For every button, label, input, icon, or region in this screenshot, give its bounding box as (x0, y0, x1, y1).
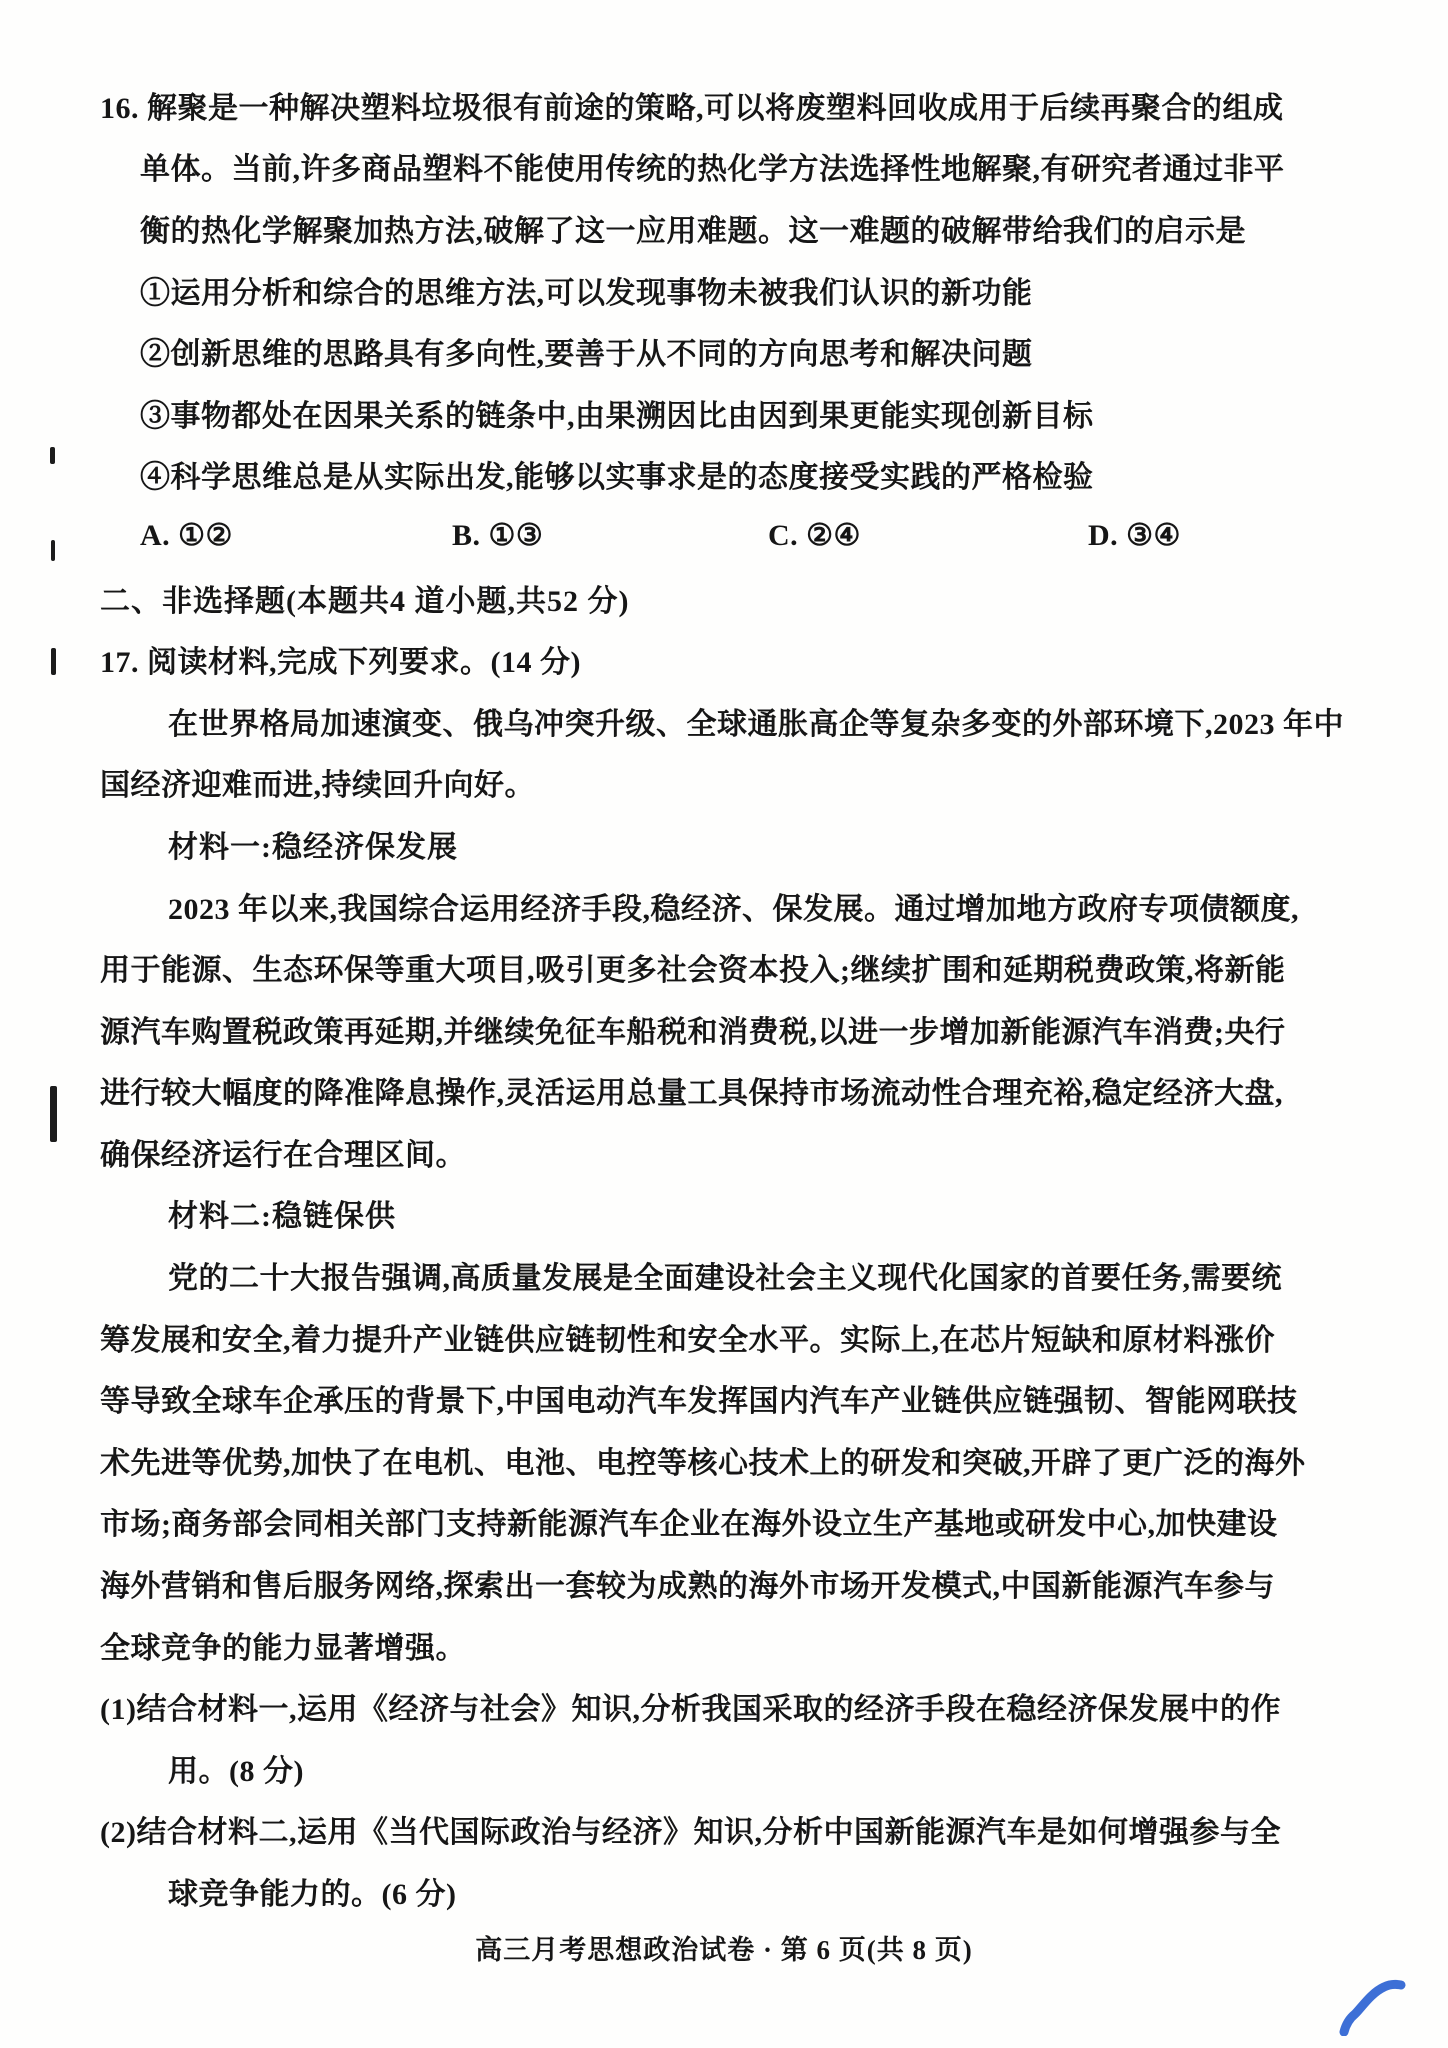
material-2-line-3: 等导致全球车企承压的背景下,中国电动汽车发挥国内汽车产业链供应链强韧、智能网联技 (100, 1367, 1362, 1429)
blue-pen-stroke (1338, 1978, 1408, 2036)
q16-item-4: ④科学思维总是从实际出发,能够以实事求是的态度接受实践的严格检验 (140, 444, 1362, 506)
scan-artifact-mark (51, 648, 56, 675)
q17-intro-line-1: 在世界格局加速演变、俄乌冲突升级、全球通胀高企等复杂多变的外部环境下,2023 … (168, 690, 1362, 752)
option-d: D. ③④ (1088, 505, 1181, 567)
exam-content: 16. 解聚是一种解决塑料垃圾很有前途的策略,可以将废塑料回收成用于后续再聚合的… (100, 74, 1362, 1922)
scan-artifact-mark (50, 447, 55, 464)
q17-sub-question-1-line-1: (1)结合材料一,运用《经济与社会》知识,分析我国采取的经济手段在稳经济保发展中… (100, 1675, 1362, 1737)
q16-stem-line-3: 衡的热化学解聚加热方法,破解了这一应用难题。这一难题的破解带给我们的启示是 (140, 197, 1362, 259)
scan-artifact-mark (51, 540, 55, 561)
q16-item-1: ①运用分析和综合的思维方法,可以发现事物未被我们认识的新功能 (140, 259, 1362, 321)
q17-sub-question-2-line-1: (2)结合材料二,运用《当代国际政治与经济》知识,分析中国新能源汽车是如何增强参… (100, 1799, 1362, 1861)
material-2-title: 材料二:稳链保供 (168, 1183, 1362, 1245)
q17-intro-line-2: 国经济迎难而进,持续回升向好。 (100, 752, 1362, 814)
material-2-line-1: 党的二十大报告强调,高质量发展是全面建设社会主义现代化国家的首要任务,需要统 (168, 1244, 1362, 1306)
exam-paper-page: 16. 解聚是一种解决塑料垃圾很有前途的策略,可以将废塑料回收成用于后续再聚合的… (0, 0, 1448, 2048)
scan-artifact-mark (50, 1086, 57, 1142)
page-footer: 高三月考思想政治试卷 · 第 6 页(共 8 页) (0, 1928, 1448, 1967)
q16-item-3: ③事物都处在因果关系的链条中,由果溯因比由因到果更能实现创新目标 (140, 382, 1362, 444)
material-2-line-5: 市场;商务部会同相关部门支持新能源汽车企业在海外设立生产基地或研发中心,加快建设 (100, 1491, 1362, 1553)
q17-sub-question-1-line-2: 用。(8 分) (168, 1737, 1362, 1799)
section-2-header: 二、非选择题(本题共4 道小题,共52 分) (100, 567, 1362, 629)
material-1-title: 材料一:稳经济保发展 (168, 813, 1362, 875)
material-2-line-7: 全球竞争的能力显著增强。 (100, 1614, 1362, 1676)
q17-sub-question-2-line-2: 球竞争能力的。(6 分) (168, 1860, 1362, 1922)
material-1-line-1: 2023 年以来,我国综合运用经济手段,稳经济、保发展。通过增加地方政府专项债额… (168, 875, 1362, 937)
option-a: A. ①② (140, 505, 233, 567)
q16-stem-line-1: 16. 解聚是一种解决塑料垃圾很有前途的策略,可以将废塑料回收成用于后续再聚合的… (100, 74, 1362, 136)
material-1-line-5: 确保经济运行在合理区间。 (100, 1121, 1362, 1183)
q16-item-2: ②创新思维的思路具有多向性,要善于从不同的方向思考和解决问题 (140, 320, 1362, 382)
q17-header: 17. 阅读材料,完成下列要求。(14 分) (100, 628, 1362, 690)
material-1-line-2: 用于能源、生态环保等重大项目,吸引更多社会资本投入;继续扩围和延期税费政策,将新… (100, 936, 1362, 998)
material-2-line-2: 筹发展和安全,着力提升产业链供应链韧性和安全水平。实际上,在芯片短缺和原材料涨价 (100, 1306, 1362, 1368)
q16-stem-line-2: 单体。当前,许多商品塑料不能使用传统的热化学方法选择性地解聚,有研究者通过非平 (140, 136, 1362, 198)
material-1-line-3: 源汽车购置税政策再延期,并继续免征车船税和消费税,以进一步增加新能源汽车消费;央… (100, 998, 1362, 1060)
option-c: C. ②④ (768, 505, 861, 567)
material-1-line-4: 进行较大幅度的降准降息操作,灵活运用总量工具保持市场流动性合理充裕,稳定经济大盘… (100, 1060, 1362, 1122)
material-2-line-4: 术先进等优势,加快了在电机、电池、电控等核心技术上的研发和突破,开辟了更广泛的海… (100, 1429, 1362, 1491)
option-b: B. ①③ (452, 505, 543, 567)
material-2-line-6: 海外营销和售后服务网络,探索出一套较为成熟的海外市场开发模式,中国新能源汽车参与 (100, 1552, 1362, 1614)
q16-answer-options-row: A. ①② B. ①③ C. ②④ D. ③④ (100, 505, 1362, 567)
